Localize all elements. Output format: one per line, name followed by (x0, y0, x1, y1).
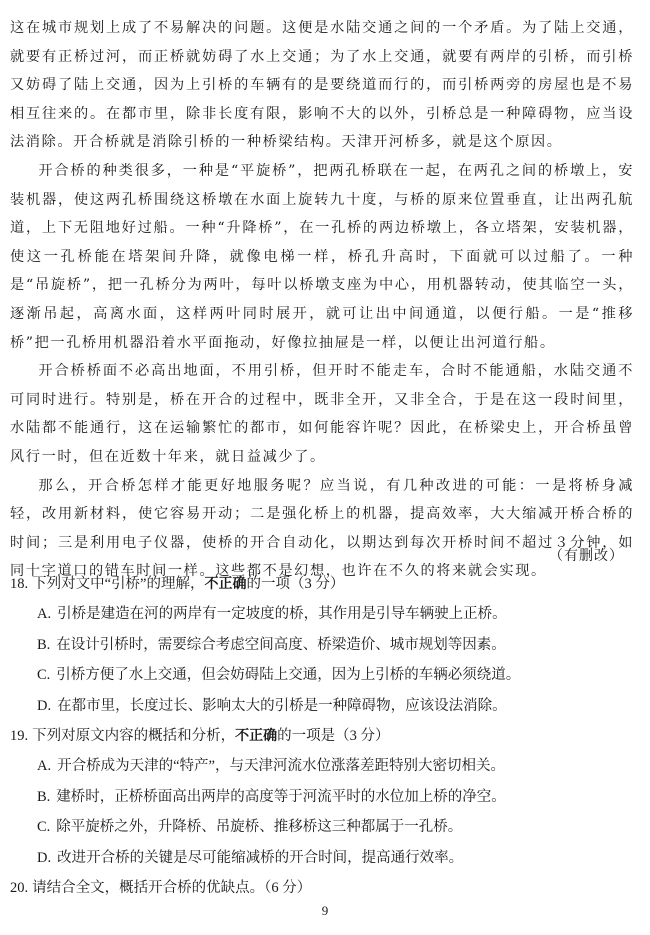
stem-text-tail: 的一项是（3 分） (277, 728, 389, 744)
question-20: 20.请结合全文，概括开合桥的优缺点。（6 分） (10, 873, 640, 903)
option-text: 改进开合桥的关键是尽可能缩减桥的开合时间，提高通行效率。 (57, 850, 463, 866)
question-number: 19. (10, 721, 28, 751)
question-stem: 19.下列对原文内容的概括和分析，不正确的一项是（3 分） (10, 721, 640, 751)
option-letter: C. (37, 660, 50, 691)
stem-text: 下列对文中“引桥”的理解， (32, 576, 204, 592)
option-a: A.引桥是建造在河的两岸有一定坡度的桥，其作用是引导车辆驶上正桥。 (10, 599, 640, 630)
option-b: B.建桥时，正桥桥面高出两岸的高度等于河流平时的水位加上桥的净空。 (10, 782, 640, 813)
passage-paragraph-2: 开合桥的种类很多，一种是“平旋桥”，把两孔桥联在一起，在两孔之间的桥墩上，安装机… (10, 157, 634, 357)
option-d: D.在都市里，长度过长、影响太大的引桥是一种障碍物，应该设法消除。 (10, 691, 640, 722)
question-stem: 20.请结合全文，概括开合桥的优缺点。（6 分） (10, 873, 640, 903)
passage-paragraph-3: 开合桥桥面不必高出地面，不用引桥，但开时不能走车，合时不能通船，水陆交通不可同时… (10, 357, 634, 471)
option-a: A.开合桥成为天津的“特产”，与天津河流水位涨落差距特别大密切相关。 (10, 751, 640, 782)
question-number: 18. (10, 569, 28, 599)
reading-passage: 这在城市规划上成了不易解决的问题。这便是水陆交通之间的一个矛盾。为了陆上交通，就… (10, 14, 634, 586)
option-letter: A. (37, 751, 51, 782)
option-text: 在都市里，长度过长、影响太大的引桥是一种障碍物，应该设法消除。 (57, 698, 507, 714)
stem-text: 下列对原文内容的概括和分析， (32, 728, 235, 744)
stem-emphasis: 不正确 (235, 728, 277, 744)
option-letter: A. (37, 599, 51, 630)
option-text: 建桥时，正桥桥面高出两岸的高度等于河流平时的水位加上桥的净空。 (56, 789, 506, 805)
stem-text: 请结合全文，概括开合桥的优缺点。（6 分） (32, 880, 311, 896)
option-letter: C. (37, 812, 50, 843)
question-list: 18.下列对文中“引桥”的理解，不正确的一项（3 分） A.引桥是建造在河的两岸… (10, 569, 640, 903)
option-text: 开合桥成为天津的“特产”，与天津河流水位涨落差距特别大密切相关。 (57, 758, 505, 774)
question-stem: 18.下列对文中“引桥”的理解，不正确的一项（3 分） (10, 569, 640, 599)
option-text: 引桥方便了水上交通，但会妨碍陆上交通，因为上引桥的车辆必须绕道。 (56, 667, 520, 683)
option-text: 除平旋桥之外，升降桥、吊旋桥、推移桥这三种都属于一孔桥。 (56, 819, 462, 835)
option-letter: D. (37, 691, 51, 722)
option-text: 引桥是建造在河的两岸有一定坡度的桥，其作用是引导车辆驶上正桥。 (57, 606, 507, 622)
question-number: 20. (10, 873, 28, 903)
option-letter: B. (37, 782, 50, 813)
question-18: 18.下列对文中“引桥”的理解，不正确的一项（3 分） A.引桥是建造在河的两岸… (10, 569, 640, 721)
option-b: B.在设计引桥时，需要综合考虑空间高度、桥梁造价、城市规划等因素。 (10, 630, 640, 661)
stem-emphasis: 不正确 (205, 576, 247, 592)
option-d: D.改进开合桥的关键是尽可能缩减桥的开合时间，提高通行效率。 (10, 843, 640, 874)
stem-text-tail: 的一项（3 分） (247, 576, 345, 592)
passage-paragraph-1: 这在城市规划上成了不易解决的问题。这便是水陆交通之间的一个矛盾。为了陆上交通，就… (10, 14, 634, 157)
question-19: 19.下列对原文内容的概括和分析，不正确的一项是（3 分） A.开合桥成为天津的… (10, 721, 640, 873)
page-number: 9 (0, 903, 650, 919)
option-text: 在设计引桥时，需要综合考虑空间高度、桥梁造价、城市规划等因素。 (56, 637, 506, 653)
option-c: C.除平旋桥之外，升降桥、吊旋桥、推移桥这三种都属于一孔桥。 (10, 812, 640, 843)
source-note: （有删改） (549, 545, 624, 565)
option-letter: B. (37, 630, 50, 661)
option-c: C.引桥方便了水上交通，但会妨碍陆上交通，因为上引桥的车辆必须绕道。 (10, 660, 640, 691)
option-letter: D. (37, 843, 51, 874)
exam-page: 这在城市规划上成了不易解决的问题。这便是水陆交通之间的一个矛盾。为了陆上交通，就… (0, 0, 650, 935)
